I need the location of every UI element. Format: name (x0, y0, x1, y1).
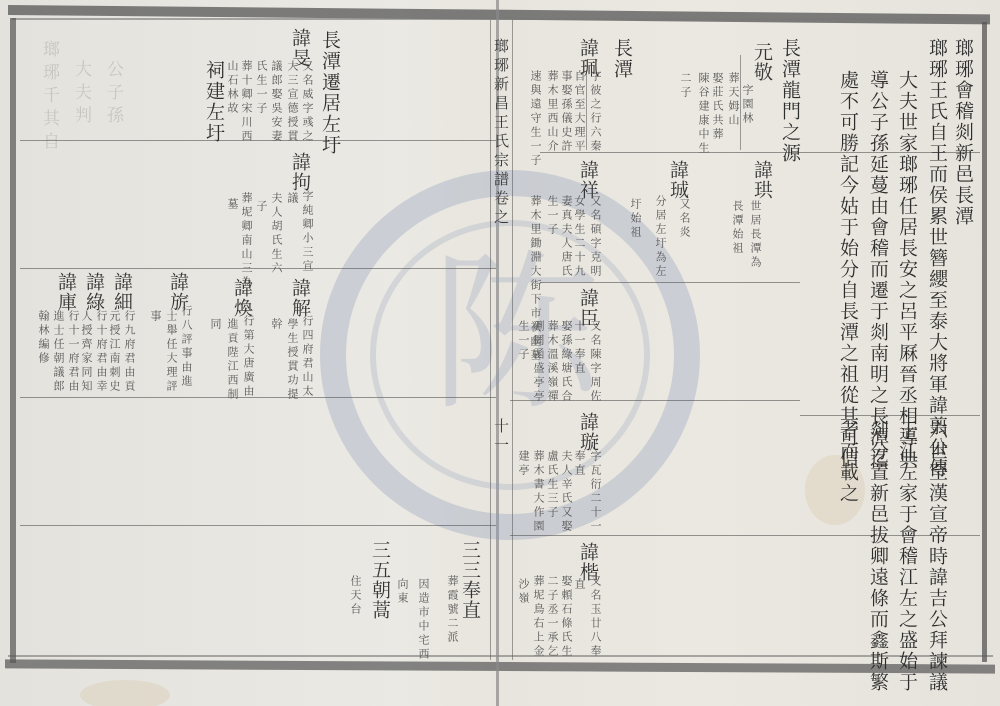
entry-extra: 同 (210, 318, 221, 332)
preface-col-4: 于江左家于會稽江左之盛始于 (897, 420, 916, 693)
entry-detail: 直 (574, 578, 585, 592)
entry-detail: 學生授貫功提 (287, 318, 298, 402)
entry-detail: 葬天姆山 (728, 72, 739, 128)
entry-note: 又名炎 (679, 198, 690, 240)
entry-name: 諱庫 (56, 272, 75, 312)
entry-name: 諱細 (112, 272, 131, 312)
entry-divider (586, 70, 587, 150)
entry-note: 住天台 (350, 575, 361, 617)
entry-burial: 葬坭卿南山三為 (241, 192, 252, 290)
entry-detail: 士舉任大理評 (166, 310, 177, 394)
entry-detail: 自官至大理平 (574, 70, 585, 154)
entry-extra: 翰林編修 (38, 310, 49, 366)
entry-detail: 人授齊家同知 (81, 310, 92, 394)
entry-extra: 事 (150, 310, 161, 324)
entry-note: 葬霞號二派 (447, 575, 458, 645)
preface-col-8: 者而載之 (838, 420, 857, 504)
entry-note: 字彼之行六秦 (590, 70, 601, 154)
entry-burial: 葬木溫溪嶺禪 (547, 320, 558, 404)
entry-name: 諱拘 (290, 152, 309, 192)
entry-children: 山石林故 (227, 60, 238, 116)
entry-extra: 沙嶺 (518, 578, 529, 606)
entry-children: 二子丞一承乞 (547, 575, 558, 659)
entry-extra: 圩始祖 (630, 198, 641, 240)
entry-name: 諱珹 (668, 160, 687, 200)
entry-spouse: 娶頼石條氏生 (561, 575, 572, 659)
bleed-through-text: 公子孫 (104, 60, 121, 129)
entry-detail: 元授江南刺史 (109, 310, 120, 394)
entry-note: 行十一府君由 (68, 310, 79, 394)
page-number: 十一 (493, 418, 508, 456)
entry-name: 諱解 (290, 278, 309, 318)
entry-extra: 幹 (271, 318, 282, 332)
entry-extra: 議郎娶吳安妻 (271, 60, 282, 144)
entry-spouse: 氏生一子 (256, 60, 267, 116)
entry-detail: 分居左圩為左 (655, 195, 666, 279)
entry-children: 生一子 (518, 320, 529, 362)
right-border (982, 22, 987, 662)
entry-spouse: 娶孫綠塘氏合 (561, 320, 572, 404)
entry-burial: 陳谷建康中生 (698, 72, 709, 156)
entry-detail: 十一奉直 (574, 320, 585, 376)
left-border (10, 18, 16, 663)
bleed-through-text: 大夫判 (72, 60, 89, 129)
preface-col-5: 導公子孫延蔓由會稽而遷于剡南明之長潭迄 (868, 70, 887, 390)
entry-burial: 葬十卿宋川西 (241, 60, 252, 144)
entry-note: 又名威字彧之 (302, 60, 313, 144)
side-note: 祠建左圩 (204, 60, 223, 144)
entry-name: 三五朝蒿 (370, 540, 389, 620)
entry-children: 速與遠守生一子 (530, 70, 541, 168)
water-stain (80, 680, 170, 706)
entry-spouse: 娶莊氏共葬 (712, 72, 723, 142)
preface-col-7: 處不可勝記今姑于始分自長潭之祖從其可信 (838, 70, 857, 390)
bottom-inner-border (8, 655, 993, 657)
entry-extra: 事娶孫儀史許 (561, 70, 572, 154)
entry-burial: 葬木書大作園 (533, 450, 544, 534)
center-heading: 長潭 (612, 38, 631, 80)
entry-name: 諱綠 (84, 272, 103, 312)
entry-note: 行第大唐廣由 (243, 315, 254, 399)
entry-note: 又名碩字克明 (590, 195, 601, 279)
entry-spouse: 妻真夫人唐氏 (561, 195, 572, 279)
rule (20, 140, 496, 141)
preface-col-2: 六世至漢宣帝時諱吉公拜諫議 (927, 420, 946, 693)
entry-name: 三三奉直 (460, 540, 479, 620)
entry-note: 世居長潭為 (750, 200, 761, 270)
entry-detail: 議 (287, 192, 298, 206)
entry-detail: 奉直 (574, 450, 585, 478)
entry-children: 盧氏生三子 (547, 450, 558, 520)
entry-spouse: 夫人胡氏生六 (271, 192, 282, 276)
entry-note: 又名陳字周佐 (590, 320, 601, 404)
entry-detail: 女學生二十九 (574, 195, 585, 279)
entry-name: 諱珙 (752, 160, 771, 200)
entry-note: 行九府君由貢 (124, 310, 135, 394)
entry-detail: 大三宣德授貫 (287, 60, 298, 144)
entry-note: 行八評事由進 (181, 305, 192, 389)
book-spread: 陈 瑯琊會稽剡新邑長潭 瑯琊王氏自王而侯累世簪纓至泰大將軍諱翦公傳 六世至漢宣帝… (0, 0, 1000, 706)
entry-note: 又名玉廿八奉 (590, 575, 601, 659)
top-border (8, 5, 990, 24)
entry-detail: 因造市中宅西 (418, 578, 429, 662)
entry-extra: 墓 (227, 198, 238, 212)
margin-line (490, 20, 491, 660)
entry-name: 元敬 (752, 42, 771, 82)
rule (800, 415, 980, 416)
entry-detail: 進貢陛江西制 (227, 318, 238, 402)
entry-name: 諱璇 (578, 412, 597, 452)
entry-name: 諱煥 (232, 278, 251, 318)
entry-extra: 硎罔函盛亭亭 (533, 320, 544, 404)
book-title: 瑯琊會稽剡新邑長潭 (953, 38, 972, 227)
entry-extra: 建亭 (518, 450, 529, 478)
section-heading-longmen: 長潭龍門之源 (780, 38, 799, 164)
entry-name: 諱祥 (578, 160, 597, 200)
bleed-through-text: 瑯琊千其自 (40, 40, 57, 155)
preface-col-6: 剡分置新邑拔卿遠條而鑫斯繁 (868, 420, 887, 693)
section-heading-zuoyu: 長潭遷居左圩 (320, 30, 339, 156)
preface-col-3: 大夫世家瑯琊任居長安之呂平厤晉丞相導典 (897, 70, 916, 390)
entry-spouse: 夫人辛氏又娶 (561, 450, 572, 534)
margin-title: 瑯琊新昌王氏宗譜卷之 (493, 38, 508, 228)
entry-note: 字純卿小三宣 (302, 190, 313, 274)
rule (20, 525, 496, 526)
entry-note: 字瓦衍二十一 (590, 450, 601, 534)
entry-note: 行十府君由幸 (96, 310, 107, 394)
entry-children: 二子 (680, 72, 691, 100)
entry-note: 行四府君山太 (302, 315, 313, 399)
entry-note: 字園林 (742, 84, 753, 126)
rule (540, 282, 800, 283)
margin-line (512, 20, 513, 660)
entry-children: 子 (256, 200, 267, 214)
entry-burial: 葬坭鳥右上金 (533, 575, 544, 659)
bottom-border (5, 659, 995, 673)
entry-children: 生一子 (547, 195, 558, 237)
preface-col-1: 瑯琊王氏自王而侯累世簪纓至泰大將軍諱翦公傳 (927, 38, 946, 298)
top-inner-border (12, 18, 988, 20)
entry-detail: 進士任朝議郎 (53, 310, 64, 394)
entry-burial: 葬木里西山介 (547, 70, 558, 154)
entry-detail: 長潭始祖 (732, 200, 743, 256)
rule (20, 268, 496, 269)
entry-extra: 向東 (397, 578, 408, 606)
rule (20, 397, 496, 398)
